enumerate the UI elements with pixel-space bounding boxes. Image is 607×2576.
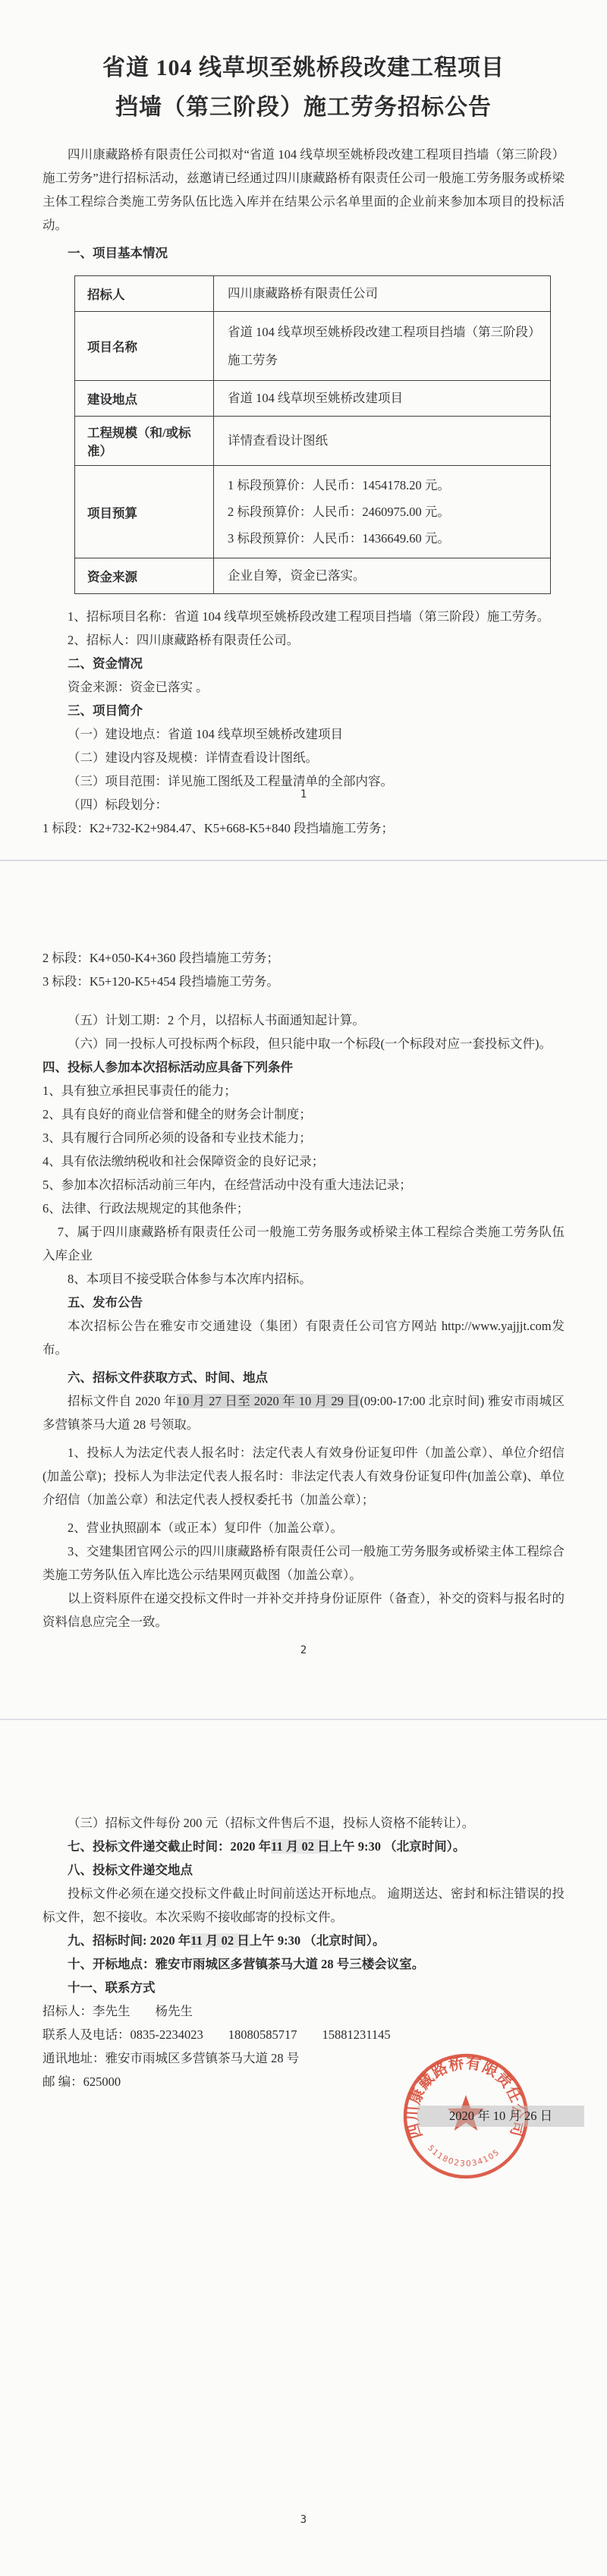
para-doc-price: （三）招标文件每份 200 元（招标文件售后不退，投标人资格不能转让）。 bbox=[42, 1811, 565, 1835]
para-condition-6: 6、法律、行政法规规定的其他条件； bbox=[42, 1197, 565, 1220]
para-segment-2: 2 标段：K4+050-K4+360 段挡墙施工劳务； bbox=[42, 946, 565, 970]
para-publish: 本次招标公告在雅安市交通建设（集团）有限责任公司官方网站 http://www.… bbox=[42, 1314, 565, 1361]
project-info-table: 招标人 四川康藏路桥有限责任公司 项目名称 省道 104 线草坝至姚桥段改建工程… bbox=[74, 275, 551, 594]
svg-text:5118023034105: 5118023034105 bbox=[426, 2144, 501, 2169]
para-condition-2: 2、具有良好的商业信誉和健全的财务会计制度； bbox=[42, 1102, 565, 1126]
row-label: 招标人 bbox=[75, 276, 214, 312]
heading-section-5: 五、发布公告 bbox=[42, 1291, 565, 1314]
tender-time-suffix: 上午 9:30 （北京时间）。 bbox=[250, 1933, 385, 1948]
para-register-1: 1、投标人为法定代表人报名时：法定代表人有效身份证复印件（加盖公章）、单位介绍信… bbox=[42, 1441, 565, 1511]
doc-title-line1: 省道 104 线草坝至姚桥段改建工程项目 bbox=[42, 49, 565, 88]
row-label: 项目预算 bbox=[75, 466, 214, 558]
para-segment-1: 1 标段：K2+732-K2+984.47、K5+668-K5+840 段挡墙施… bbox=[42, 816, 565, 840]
table-row-tenderer: 招标人 四川康藏路桥有限责任公司 bbox=[75, 276, 551, 312]
heading-section-8: 八、投标文件递交地点 bbox=[42, 1858, 565, 1882]
para-fund-source: 资金来源：资金已落实 。 bbox=[42, 675, 565, 699]
para-condition-5: 5、参加本次招标活动前三年内，在经营活动中没有重大违法记录； bbox=[42, 1173, 565, 1197]
tender-time-prefix: 九、招标时间: 2020 年 bbox=[68, 1933, 190, 1948]
row-label: 项目名称 bbox=[75, 312, 214, 381]
obtain-prefix: 招标文件自 2020 年 bbox=[68, 1394, 177, 1408]
document-page-3: （三）招标文件每份 200 元（招标文件售后不退，投标人资格不能转让）。 七、投… bbox=[0, 1719, 607, 2576]
row-value: 企业自筹，资金已落实。 bbox=[214, 558, 551, 594]
para-note-1: 1、招标项目名称：省道 104 线草坝至姚桥段改建工程项目挡墙（第三阶段）施工劳… bbox=[42, 605, 565, 628]
obtain-date-highlight: 10 月 27 日至 2020 年 10 月 29 日 bbox=[177, 1394, 360, 1408]
budget-line-2: 2 标段预算价：人民币：2460975.00 元。 bbox=[228, 499, 543, 525]
table-row-budget: 项目预算 1 标段预算价：人民币：1454178.20 元。 2 标段预算价：人… bbox=[75, 466, 551, 558]
para-condition-1: 1、具有独立承担民事责任的能力； bbox=[42, 1079, 565, 1102]
budget-line-1: 1 标段预算价：人民币：1454178.20 元。 bbox=[228, 472, 543, 499]
row-value: 省道 104 线草坝至姚桥改建项目 bbox=[214, 381, 551, 417]
para-note-2: 2、招标人：四川康藏路桥有限责任公司。 bbox=[42, 628, 565, 652]
para-contact-person: 招标人：李先生 杨先生 bbox=[42, 1999, 565, 2023]
para-intro: 四川康藏路桥有限责任公司拟对“省道 104 线草坝至姚桥段改建工程项目挡墙（第三… bbox=[42, 143, 565, 237]
para-sec3-item1: （一）建设地点：省道 104 线草坝至姚桥改建项目 bbox=[42, 722, 565, 746]
para-register-3: 3、交建集团官网公示的四川康藏路桥有限责任公司一般施工劳务服务或桥梁主体工程综合… bbox=[42, 1540, 565, 1587]
document-page-2: 2 标段：K4+050-K4+360 段挡墙施工劳务； 3 标段：K5+120-… bbox=[0, 860, 607, 1719]
row-label: 工程规模（和/或标准） bbox=[75, 417, 214, 466]
heading-section-3: 三、项目简介 bbox=[42, 699, 565, 722]
para-condition-3: 3、具有履行合同所必须的设备和专业技术能力； bbox=[42, 1126, 565, 1150]
page-number-1: 1 bbox=[0, 788, 607, 800]
para-condition-8: 8、本项目不接受联合体参与本次库内招标。 bbox=[42, 1267, 565, 1291]
heading-section-4: 四、投标人参加本次招标活动应具备下列条件 bbox=[42, 1055, 565, 1079]
deadline-prefix: 七、投标文件递交截止时间：2020 年 bbox=[68, 1839, 271, 1854]
row-value: 省道 104 线草坝至姚桥段改建工程项目挡墙（第三阶段）施工劳务 bbox=[214, 312, 551, 381]
page-number-2: 2 bbox=[0, 1644, 607, 1656]
doc-title-line2: 挡墙（第三阶段）施工劳务招标公告 bbox=[42, 88, 565, 127]
para-materials-note: 以上资料原件在递交投标文件时一并补交并持身份证原件（备查），补交的资料与报名时的… bbox=[42, 1587, 565, 1634]
row-value: 四川康藏路桥有限责任公司 bbox=[214, 276, 551, 312]
para-condition-7: 7、属于四川康藏路桥有限责任公司一般施工劳务服务或桥梁主体工程综合类施工劳务队伍… bbox=[27, 1220, 565, 1267]
para-obtain: 招标文件自 2020 年10 月 27 日至 2020 年 10 月 29 日(… bbox=[42, 1389, 565, 1436]
heading-section-1: 一、项目基本情况 bbox=[42, 241, 565, 265]
deadline-suffix: 上午 9:30 （北京时间）。 bbox=[330, 1839, 466, 1854]
heading-section-11: 十一、联系方式 bbox=[42, 1976, 565, 1999]
row-label: 资金来源 bbox=[75, 558, 214, 594]
para-deadline: 七、投标文件递交截止时间：2020 年11 月 02 日上午 9:30 （北京时… bbox=[42, 1835, 565, 1858]
budget-line-3: 3 标段预算价：人民币：1436649.60 元。 bbox=[228, 525, 543, 552]
seal-date: 2020 年 10 月 26 日 bbox=[417, 2106, 584, 2127]
para-delivery: 投标文件必须在递交投标文件截止时间前送达开标地点。 逾期送达、密封和标注错误的投… bbox=[42, 1882, 565, 1929]
row-value: 详情查看设计图纸 bbox=[214, 417, 551, 466]
para-contact-postcode: 邮 编：625000 bbox=[42, 2070, 565, 2093]
para-condition-4: 4、具有依法缴纳税收和社会保障资金的良好记录； bbox=[42, 1150, 565, 1173]
table-row-scale: 工程规模（和/或标准） 详情查看设计图纸 bbox=[75, 417, 551, 466]
tender-time-highlight: 11 月 02 日 bbox=[190, 1933, 249, 1948]
para-segment-3: 3 标段：K5+120-K5+454 段挡墙施工劳务。 bbox=[42, 970, 565, 993]
para-opening-place: 十、开标地点：雅安市雨城区多营镇茶马大道 28 号三楼会议室。 bbox=[42, 1952, 565, 1976]
row-value: 1 标段预算价：人民币：1454178.20 元。 2 标段预算价：人民币：24… bbox=[214, 466, 551, 558]
heading-section-2: 二、资金情况 bbox=[42, 652, 565, 675]
para-tender-time: 九、招标时间: 2020 年11 月 02 日上午 9:30 （北京时间）。 bbox=[42, 1929, 565, 1952]
deadline-date-highlight: 11 月 02 日 bbox=[271, 1839, 329, 1854]
para-contact-phone: 联系人及电话：0835-2234023 18080585717 15881231… bbox=[42, 2023, 565, 2046]
para-sec3-item5: （五）计划工期：2 个月，以招标人书面通知起计算。 bbox=[42, 1008, 565, 1032]
para-sec3-item2: （二）建设内容及规模：详情查看设计图纸。 bbox=[42, 746, 565, 769]
para-contact-address: 通讯地址：雅安市雨城区多营镇茶马大道 28 号 bbox=[42, 2046, 565, 2070]
table-row-location: 建设地点 省道 104 线草坝至姚桥改建项目 bbox=[75, 381, 551, 417]
row-label: 建设地点 bbox=[75, 381, 214, 417]
para-sec3-item6: （六）同一投标人可投标两个标段，但只能中取一个标段(一个标段对应一套投标文件)。 bbox=[42, 1032, 565, 1055]
para-register-2: 2、营业执照副本（或正本）复印件（加盖公章）。 bbox=[42, 1516, 565, 1540]
seal-code-text: 5118023034105 bbox=[426, 2144, 501, 2169]
page-number-3: 3 bbox=[0, 2514, 607, 2526]
document-page-1: 省道 104 线草坝至姚桥段改建工程项目 挡墙（第三阶段）施工劳务招标公告 四川… bbox=[0, 0, 607, 860]
table-row-fund: 资金来源 企业自筹，资金已落实。 bbox=[75, 558, 551, 594]
table-row-project-name: 项目名称 省道 104 线草坝至姚桥段改建工程项目挡墙（第三阶段）施工劳务 bbox=[75, 312, 551, 381]
heading-section-6: 六、招标文件获取方式、时间、地点 bbox=[42, 1366, 565, 1389]
